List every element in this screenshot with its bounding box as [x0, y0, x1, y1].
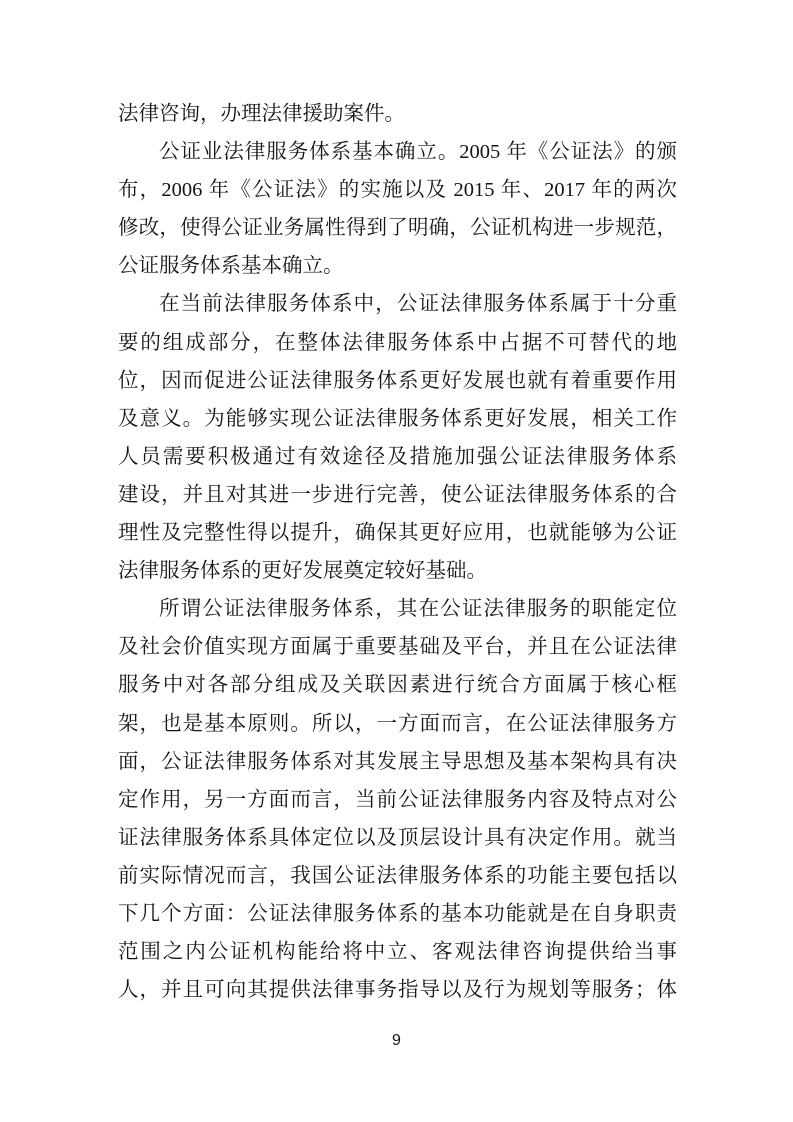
text-line: 定作用，另一方面而言，当前公证法律服务内容及特点对公	[118, 781, 677, 819]
text-line: 公证业法律服务体系基本确立。2005 年《公证法》的颁	[118, 133, 677, 171]
text-line: 服务中对各部分组成及关联因素进行统合方面属于核心框	[118, 666, 677, 704]
text-line: 及社会价值实现方面属于重要基础及平台，并且在公证法律	[118, 628, 677, 666]
text-line: 前实际情况而言，我国公证法律服务体系的功能主要包括以	[118, 857, 677, 895]
text-line: 证法律服务体系具体定位以及顶层设计具有决定作用。就当	[118, 819, 677, 857]
text-line: 建设，并且对其进一步进行完善，使公证法律服务体系的合	[118, 476, 677, 514]
text-line: 要的组成部分，在整体法律服务体系中占据不可替代的地	[118, 324, 677, 362]
document-body: 法律咨询，办理法律援助案件。公证业法律服务体系基本确立。2005 年《公证法》的…	[118, 95, 677, 1009]
text-line: 面，公证法律服务体系对其发展主导思想及基本架构具有决	[118, 743, 677, 781]
page-footer: 9	[0, 1030, 793, 1052]
text-line: 理性及完整性得以提升，确保其更好应用，也就能够为公证	[118, 514, 677, 552]
text-line: 在当前法律服务体系中，公证法律服务体系属于十分重	[118, 285, 677, 323]
text-line: 所谓公证法律服务体系，其在公证法律服务的职能定位	[118, 590, 677, 628]
text-line: 架，也是基本原则。所以，一方面而言，在公证法律服务方	[118, 705, 677, 743]
text-line: 及意义。为能够实现公证法律服务体系更好发展，相关工作	[118, 400, 677, 438]
text-line: 人，并且可向其提供法律事务指导以及行为规划等服务；体	[118, 971, 677, 1009]
text-line: 人员需要积极通过有效途径及措施加强公证法律服务体系	[118, 438, 677, 476]
page-number: 9	[392, 1032, 401, 1049]
text-line: 范围之内公证机构能给将中立、客观法律咨询提供给当事	[118, 933, 677, 971]
text-line: 修改，使得公证业务属性得到了明确，公证机构进一步规范，	[118, 209, 677, 247]
text-line: 位，因而促进公证法律服务体系更好发展也就有着重要作用	[118, 362, 677, 400]
document-page: 法律咨询，办理法律援助案件。公证业法律服务体系基本确立。2005 年《公证法》的…	[0, 0, 793, 1122]
text-line: 布，2006 年《公证法》的实施以及 2015 年、2017 年的两次	[118, 171, 677, 209]
text-line: 法律服务体系的更好发展奠定较好基础。	[118, 552, 677, 590]
text-line: 公证服务体系基本确立。	[118, 247, 677, 285]
text-line: 下几个方面：公证法律服务体系的基本功能就是在自身职责	[118, 895, 677, 933]
text-line: 法律咨询，办理法律援助案件。	[118, 95, 677, 133]
